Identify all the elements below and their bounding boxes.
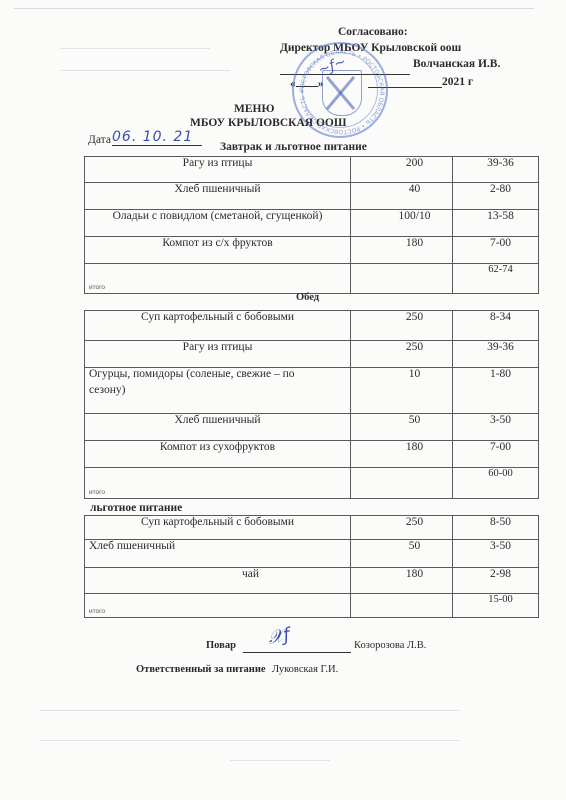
bleed-through-line — [40, 740, 460, 741]
dish-price: 3-50 — [453, 540, 539, 568]
dish-weight: 40 — [351, 183, 453, 210]
table-row: Рагу из птицы20039-36 — [85, 157, 539, 183]
dish-price: 7-00 — [453, 441, 539, 468]
cook-signature-line — [243, 640, 351, 653]
dish-weight: 50 — [351, 540, 453, 568]
dish-price: 8-50 — [453, 516, 539, 540]
dish-price: 1-80 — [453, 368, 539, 414]
total-label: итого — [85, 594, 351, 618]
table-row: Хлеб пшеничный402-80 — [85, 183, 539, 210]
dish-weight: 180 — [351, 237, 453, 264]
dish-name: Огурцы, помидоры (соленые, свежие – посе… — [85, 368, 351, 414]
dish-weight: 250 — [351, 516, 453, 540]
scan-edge — [14, 8, 534, 9]
school-name: МБОУ КРЫЛОВСКАЯ ООШ — [190, 117, 346, 129]
benefit-table: Суп картофельный с бобовыми2508-50Хлеб п… — [84, 515, 539, 618]
table-row: Оладьи с повидлом (сметаной, сгущенкой)1… — [85, 210, 539, 237]
date-value: 06. 10. 21 — [112, 129, 193, 145]
dish-weight: 250 — [351, 341, 453, 368]
section-title-benefit: льготное питание — [90, 502, 182, 514]
dish-name: Рагу из птицы — [85, 341, 351, 368]
dish-name: Суп картофельный с бобовыми — [85, 516, 351, 540]
bleed-through-line — [60, 70, 230, 71]
dish-name: Компот из сухофруктов — [85, 441, 351, 468]
approval-year: 2021 г — [442, 76, 473, 88]
lunch-table: Суп картофельный с бобовыми2508-34Рагу и… — [84, 310, 539, 499]
dish-name: Хлеб пшеничный — [85, 183, 351, 210]
responsible-label: Ответственный за питание — [136, 664, 266, 675]
total-label: итого — [85, 468, 351, 499]
total-row: итого62-74 — [85, 264, 539, 294]
dish-weight: 180 — [351, 441, 453, 468]
table-row: Хлеб пшеничный503-50 — [85, 414, 539, 441]
menu-title: МЕНЮ — [234, 103, 274, 115]
dish-name: Суп картофельный с бобовыми — [85, 311, 351, 341]
total-weight-empty — [351, 468, 453, 499]
responsible-name: Луковская Г.И. — [272, 664, 338, 675]
dish-price: 8-34 — [453, 311, 539, 341]
dish-weight: 250 — [351, 311, 453, 341]
total-weight-empty — [351, 264, 453, 294]
table-row: Огурцы, помидоры (соленые, свежие – посе… — [85, 368, 539, 414]
dish-weight: 50 — [351, 414, 453, 441]
bleed-through-line — [230, 760, 330, 761]
table-row: Суп картофельный с бобовыми2508-34 — [85, 311, 539, 341]
total-row: итого15-00 — [85, 594, 539, 618]
table-row: Компот из с/х фруктов1807-00 — [85, 237, 539, 264]
table-row: Хлеб пшеничный503-50 — [85, 540, 539, 568]
table-row: Суп картофельный с бобовыми2508-50 — [85, 516, 539, 540]
section-title-lunch: Обед — [296, 292, 319, 303]
total-price: 15-00 — [453, 594, 539, 618]
dish-name: Оладьи с повидлом (сметаной, сгущенкой) — [85, 210, 351, 237]
dish-price: 39-36 — [453, 157, 539, 183]
table-row: чай1802-98 — [85, 568, 539, 594]
dish-name-line: сезону) — [89, 380, 346, 396]
dish-price: 3-50 — [453, 414, 539, 441]
table-row: Рагу из птицы25039-36 — [85, 341, 539, 368]
cook-label: Повар — [206, 640, 236, 651]
dish-name: Хлеб пшеничный — [85, 540, 351, 568]
total-price: 60-00 — [453, 468, 539, 499]
table-row: Компот из сухофруктов1807-00 — [85, 441, 539, 468]
dish-price: 7-00 — [453, 237, 539, 264]
date-field: 06. 10. 21 — [112, 128, 202, 146]
dish-weight: 10 — [351, 368, 453, 414]
total-price: 62-74 — [453, 264, 539, 294]
dish-name: Хлеб пшеничный — [85, 414, 351, 441]
dish-name: чай — [85, 568, 351, 594]
bleed-through-line — [60, 48, 210, 49]
dish-price: 2-98 — [453, 568, 539, 594]
approval-label: Согласовано: — [338, 26, 408, 38]
approval-director-name: Волчанская И.В. — [413, 58, 500, 70]
bleed-through-line — [40, 710, 460, 711]
cook-name: Козорозова Л.В. — [354, 640, 426, 651]
breakfast-table: Рагу из птицы20039-36Хлеб пшеничный402-8… — [84, 156, 539, 294]
total-row: итого60-00 — [85, 468, 539, 499]
cook-signature-icon: 𝒳ƒ — [266, 624, 291, 648]
dish-weight: 200 — [351, 157, 453, 183]
dish-price: 39-36 — [453, 341, 539, 368]
section-title-breakfast: Завтрак и льготное питание — [220, 141, 367, 153]
dish-name-line: Огурцы, помидоры (соленые, свежие – по — [89, 368, 346, 380]
dish-weight: 100/10 — [351, 210, 453, 237]
dish-name: Компот из с/х фруктов — [85, 237, 351, 264]
total-weight-empty — [351, 594, 453, 618]
dish-name: Рагу из птицы — [85, 157, 351, 183]
date-label: Дата — [88, 134, 111, 146]
dish-price: 13-58 — [453, 210, 539, 237]
dish-weight: 180 — [351, 568, 453, 594]
dish-price: 2-80 — [453, 183, 539, 210]
total-label: итого — [85, 264, 351, 294]
